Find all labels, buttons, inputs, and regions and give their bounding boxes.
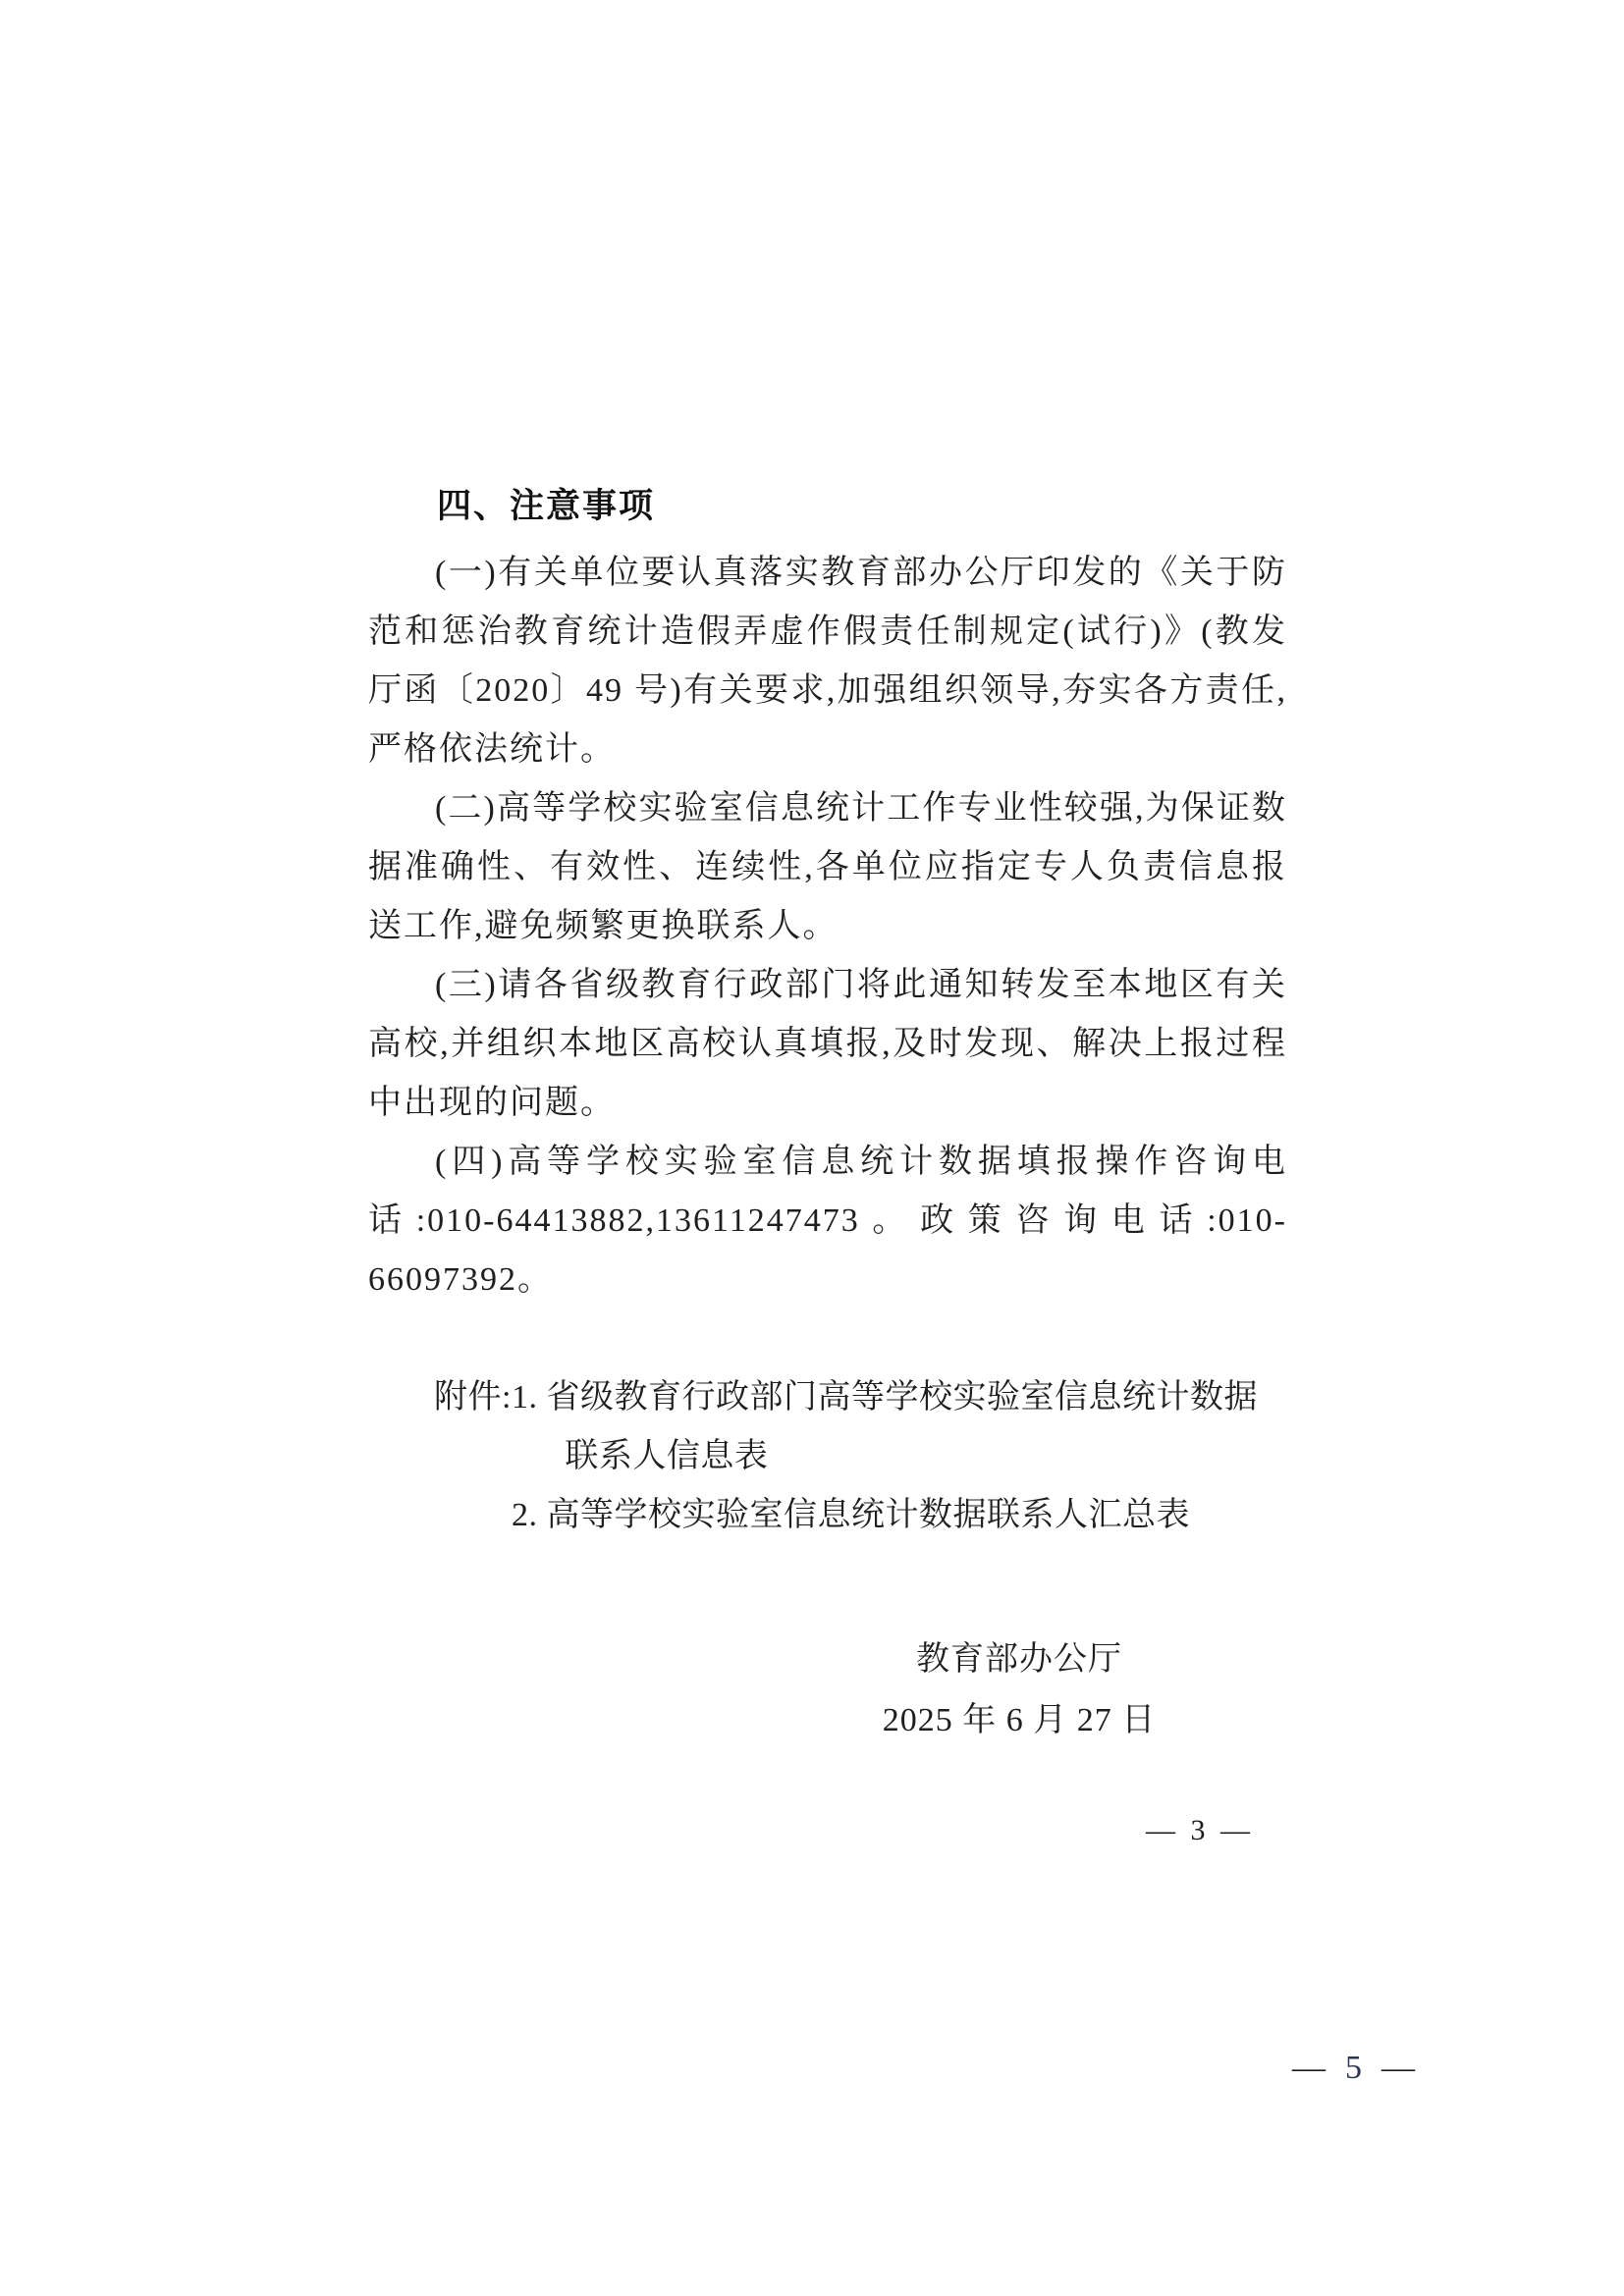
paragraph-1: (一)有关单位要认真落实教育部办公厅印发的《关于防范和惩治教育统计造假弄虚作假责… xyxy=(368,544,1287,779)
attachments-list: 1. 省级教育行政部门高等学校实验室信息统计数据联系人信息表 2. 高等学校实验… xyxy=(512,1368,1287,1545)
attachment-item-2: 2. 高等学校实验室信息统计数据联系人汇总表 xyxy=(512,1486,1287,1545)
folio-dash-left: — xyxy=(1292,2050,1326,2087)
inner-page-number: — 3 — xyxy=(1131,1814,1269,1847)
signature-block: 教育部办公厅 2025 年 6 月 27 日 xyxy=(795,1629,1243,1751)
attachment-item-1: 1. 省级教育行政部门高等学校实验室信息统计数据联系人信息表 xyxy=(512,1368,1287,1486)
issue-date: 2025 年 6 月 27 日 xyxy=(795,1690,1243,1751)
section-heading: 四、注意事项 xyxy=(368,477,1287,536)
document-page: 四、注意事项 (一)有关单位要认真落实教育部办公厅印发的《关于防范和惩治教育统计… xyxy=(0,0,1624,2296)
folio-number: 5 xyxy=(1345,2050,1362,2087)
paragraph-4: (四)高等学校实验室信息统计数据填报操作咨询电话:010-64413882,13… xyxy=(368,1133,1287,1309)
folio-dash-right: — xyxy=(1381,2050,1415,2087)
attachments-section: 附件: 1. 省级教育行政部门高等学校实验室信息统计数据联系人信息表 2. 高等… xyxy=(434,1368,1287,1545)
body-text: 四、注意事项 (一)有关单位要认真落实教育部办公厅印发的《关于防范和惩治教育统计… xyxy=(368,477,1287,1545)
issuing-office: 教育部办公厅 xyxy=(795,1629,1243,1690)
attachments-label: 附件: xyxy=(434,1368,512,1427)
paragraph-2: (二)高等学校实验室信息统计工作专业性较强,为保证数据准确性、有效性、连续性,各… xyxy=(368,779,1287,956)
folio-page-number: — 5 — xyxy=(1292,2050,1415,2087)
paragraph-3: (三)请各省级教育行政部门将此通知转发至本地区有关高校,并组织本地区高校认真填报… xyxy=(368,956,1287,1133)
